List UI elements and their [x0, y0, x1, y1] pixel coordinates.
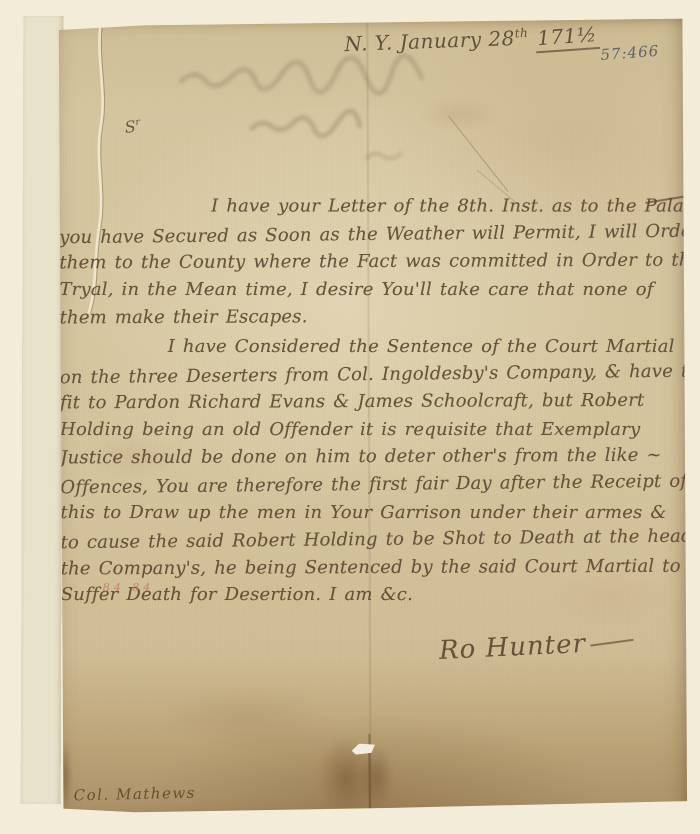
- paper-stain: [359, 744, 393, 810]
- letter-line: Holding being an old Offender it is requ…: [60, 416, 684, 444]
- scan-background: N. Y. January 28th 171½ 57:466 Sr I have…: [0, 0, 700, 834]
- ghost-writing: [111, 49, 532, 191]
- letter-line: them to the County where the Fact was co…: [59, 247, 683, 277]
- dateline-place-day: N. Y. January 28: [344, 26, 515, 56]
- letter-line: Suffer Death for Desertion. I am &c.: [61, 581, 685, 609]
- salutation-superscript: r: [135, 117, 141, 128]
- letter-line: them make their Escapes.: [60, 302, 684, 332]
- mounting-hinge-strip: [21, 16, 64, 804]
- letter-line: I have your Letter of the 8th. Inst. as …: [211, 193, 683, 221]
- letter-line: fit to Pardon Richard Evans & James Scho…: [60, 387, 684, 417]
- letter-line: this to Draw up the men in Your Garrison…: [60, 499, 684, 527]
- letter-line: Tryal, in the Mean time, I desire You'll…: [59, 276, 683, 304]
- letter-paragraph-1: I have your Letter of the 8th. Inst. as …: [59, 192, 684, 333]
- signature-flourish: [590, 639, 634, 647]
- dateline-ordinal: th: [514, 26, 528, 40]
- letter-paper: N. Y. January 28th 171½ 57:466 Sr I have…: [56, 19, 687, 814]
- letter-line: I have Considered the Sentence of the Co…: [168, 333, 684, 361]
- letter-line: the Company's, he being Sentenced by the…: [61, 552, 685, 582]
- letter-line: Offences, You are therefore the first fa…: [60, 468, 684, 502]
- archive-page-mark: 84 84: [103, 581, 155, 594]
- addressee: Col. Mathews: [73, 784, 196, 805]
- dateline-year: 171½: [534, 22, 599, 53]
- letter-paragraph-2: I have Considered the Sentence of the Co…: [60, 332, 685, 611]
- salutation: Sr: [124, 116, 142, 137]
